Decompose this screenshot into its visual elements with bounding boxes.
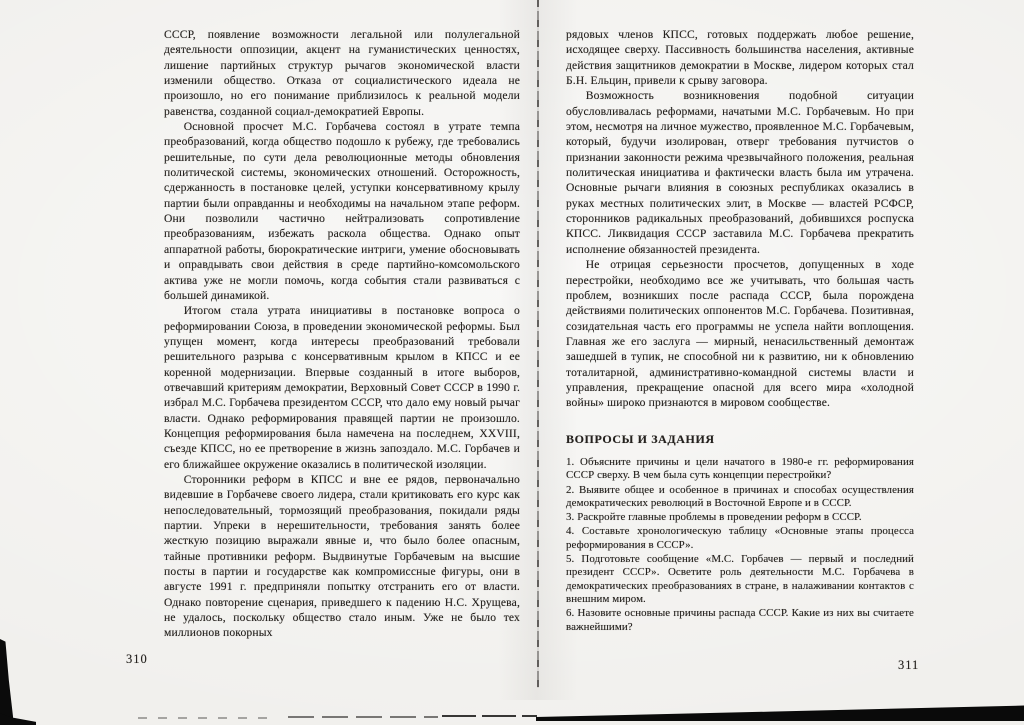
questions-list: 1. Объясните причины и цели начатого в 1… — [566, 456, 914, 634]
scan-corner-artifact — [0, 639, 13, 725]
left-page-text: СССР, появление возможности легальной ил… — [164, 27, 520, 641]
questions-heading: ВОПРОСЫ И ЗАДАНИЯ — [566, 432, 914, 447]
scan-bottom-edge-artifact — [138, 717, 278, 719]
scan-bottom-edge-artifact — [442, 715, 537, 717]
question-item: 3. Раскройте главные проблемы в проведен… — [566, 511, 914, 524]
paragraph: Итогом стала утрата инициативы в постано… — [164, 303, 520, 472]
question-item: 6. Назовите основные причины распада ССС… — [566, 607, 914, 634]
right-page-number: 311 — [898, 658, 919, 673]
paragraph: Не отрицая серьезности просчетов, допуще… — [566, 257, 914, 410]
paragraph: Сторонники реформ в КПСС и вне ее рядов,… — [164, 472, 520, 641]
question-item: 5. Подготовьте сообщение «М.С. Горбачев … — [566, 553, 914, 606]
right-page-text: рядовых членов КПСС, готовых поддержать … — [566, 27, 914, 635]
paragraph: СССР, появление возможности легальной ил… — [164, 27, 520, 119]
paragraph: Основной просчет М.С. Горбачева состоял … — [164, 119, 520, 303]
page-gutter-line — [537, 0, 539, 688]
question-item: 1. Объясните причины и цели начатого в 1… — [566, 456, 914, 483]
scan-bottom-edge-artifact — [288, 716, 438, 718]
scan-bottom-edge-artifact — [536, 703, 1024, 721]
left-page-number: 310 — [126, 652, 148, 667]
question-item: 4. Составьте хронологическую таблицу «Ос… — [566, 525, 914, 552]
paragraph: рядовых членов КПСС, готовых поддержать … — [566, 27, 914, 88]
question-item: 2. Выявите общее и особенное в причинах … — [566, 484, 914, 511]
book-spread-scan: СССР, появление возможности легальной ил… — [0, 0, 1024, 725]
paragraph: Возможность возникновения подобной ситуа… — [566, 88, 914, 257]
